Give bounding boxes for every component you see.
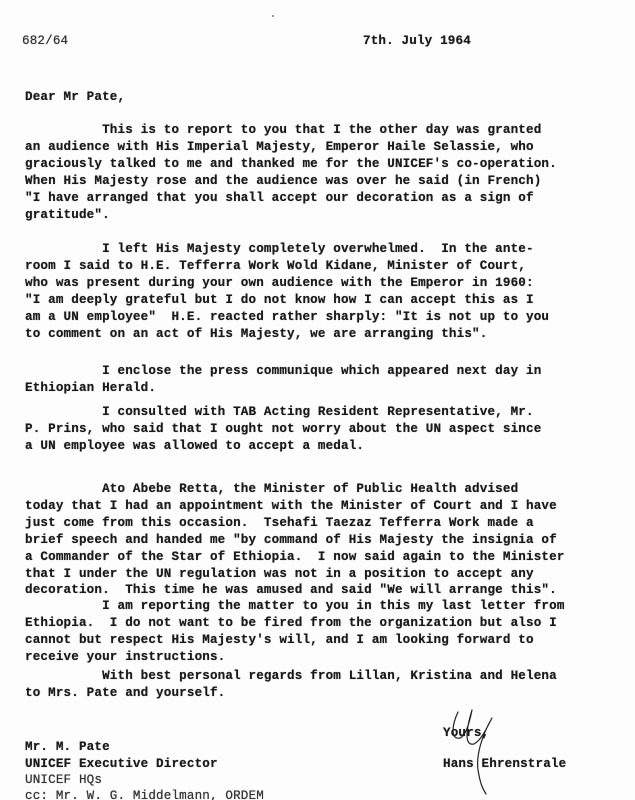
paragraph-line: receive your instructions. xyxy=(25,649,225,666)
reference-number: 682/64 xyxy=(22,33,68,50)
paragraph-line: Ato Abebe Retta, the Minister of Public … xyxy=(25,481,518,498)
paragraph-line: P. Prins, who said that I ought not worr… xyxy=(25,421,541,438)
paragraph-line: Ethiopian Herald. xyxy=(25,380,156,397)
paragraph-line: that I under the UN regulation was not i… xyxy=(25,566,534,583)
paragraph-line: With best personal regards from Lillan, … xyxy=(25,668,557,685)
paragraph-line: a UN employee was allowed to accept a me… xyxy=(25,438,364,455)
paragraph-line: This is to report to you that I the othe… xyxy=(25,122,541,139)
paragraph-line: to Mrs. Pate and yourself. xyxy=(25,685,225,702)
addressee-line: UNICEF Executive Director xyxy=(25,756,218,773)
paragraph-line: just come from this occasion. Tsehafi Ta… xyxy=(25,515,534,532)
paragraph-line: brief speech and handed me "by command o… xyxy=(25,532,557,549)
paragraph-line: "I am deeply grateful but I do not know … xyxy=(25,292,534,309)
signatory-name: Hans Ehrenstrale xyxy=(443,756,566,773)
paragraph-line: an audience with His Imperial Majesty, E… xyxy=(25,139,534,156)
paragraph-line: room I said to H.E. Tefferra Work Wold K… xyxy=(25,258,526,275)
paragraph-line: I am reporting the matter to you in this… xyxy=(25,598,565,615)
paragraph-line: "I have arranged that you shall accept o… xyxy=(25,190,534,207)
paragraph-line: decoration. This time he was amused and … xyxy=(25,582,557,599)
paragraph-line: to comment on an act of His Majesty, we … xyxy=(25,326,487,343)
paragraph-line: I left His Majesty completely overwhelme… xyxy=(25,241,534,258)
addressee-line: Mr. M. Pate xyxy=(25,739,110,756)
paper-speck xyxy=(272,15,274,17)
paragraph-line: today that I had an appointment with the… xyxy=(25,498,557,515)
cc-line: cc: Mr. W. G. Middelmann, ORDEM xyxy=(25,788,264,800)
handwritten-signature xyxy=(452,700,512,795)
closing: Yours, xyxy=(443,725,489,742)
paragraph-line: I consulted with TAB Acting Resident Rep… xyxy=(25,404,534,421)
addressee-line: UNICEF HQs xyxy=(25,772,102,789)
paragraph-line: graciously talked to me and thanked me f… xyxy=(25,156,557,173)
paragraph-line: a Commander of the Star of Ethiopia. I n… xyxy=(25,549,565,566)
paragraph-line: When His Majesty rose and the audience w… xyxy=(25,173,541,190)
paragraph-line: I enclose the press communique which app… xyxy=(25,363,541,380)
paragraph-line: am a UN employee" H.E. reacted rather sh… xyxy=(25,309,549,326)
letter-page: 682/64 7th. July 1964 Dear Mr Pate, This… xyxy=(0,0,635,800)
paragraph-line: cannot but respect His Majesty's will, a… xyxy=(25,632,534,649)
paragraph-line: Ethiopia. I do not want to be fired from… xyxy=(25,615,557,632)
paragraph-line: who was present during your own audience… xyxy=(25,275,534,292)
letter-date: 7th. July 1964 xyxy=(363,33,471,50)
salutation: Dear Mr Pate, xyxy=(25,89,125,106)
paragraph-line: gratitude". xyxy=(25,207,110,224)
